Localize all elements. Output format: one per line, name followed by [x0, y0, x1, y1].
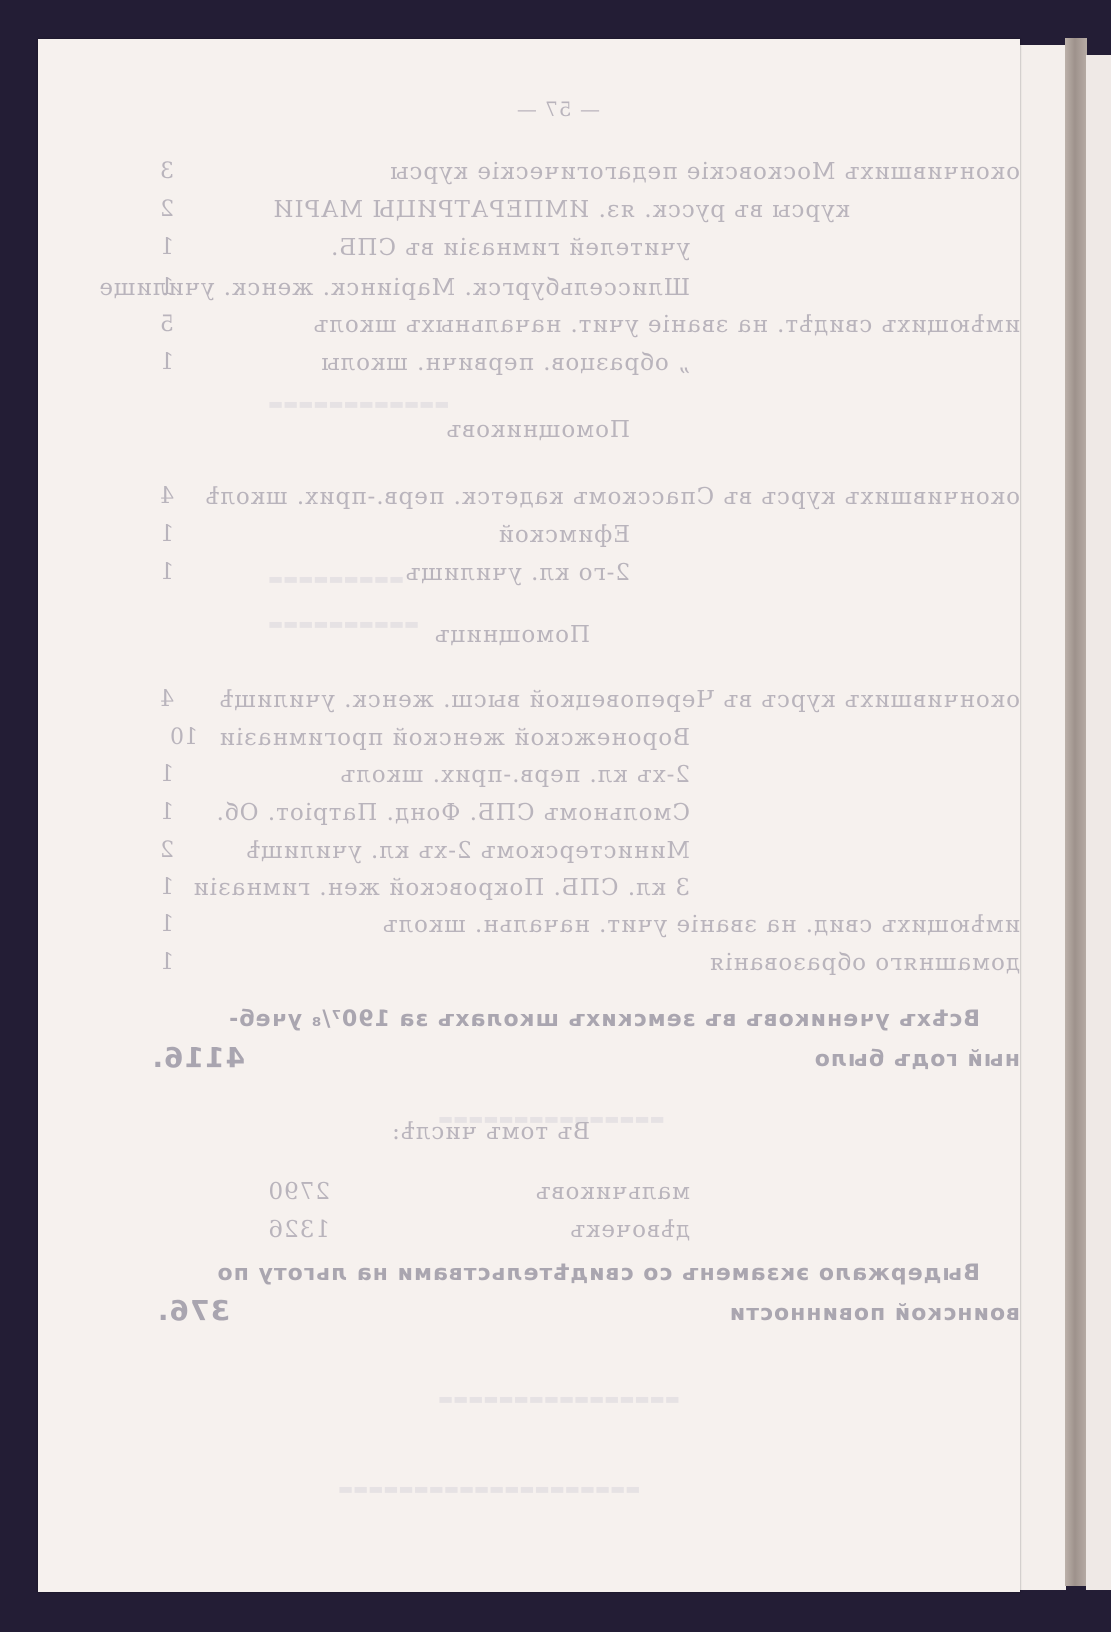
s2-line-1-count: 4 [160, 484, 220, 509]
scanned-page: ▬▬▬▬▬▬▬▬▬▬▬▬ ▬▬▬▬▬▬▬▬▬ ▬▬▬▬▬▬▬▬▬▬ ▬▬▬▬▬▬… [38, 39, 1020, 1592]
s2-line-1: окончившихъ курсъ въ Спасскомъ кадетск. … [204, 484, 1020, 510]
line-3-count: 1 [160, 235, 220, 260]
s3-line-1-count: 4 [160, 687, 220, 712]
line-6-count: 1 [160, 350, 220, 375]
page-number: — 57 — [516, 97, 600, 121]
s3-line-6-count: 1 [160, 875, 220, 900]
total-students-line-2: ный годъ было [814, 1047, 1020, 1072]
line-1-count: 3 [160, 159, 220, 184]
book-spine-shadow [1065, 38, 1087, 1586]
line-2: курсы въ русск. яз. ИМПЕРАТРИЦЫ МАРІИ [272, 197, 850, 223]
s3-line-1: окончившихъ курсъ въ Череповецкой высш. … [219, 687, 1020, 713]
s3-line-5: Министерскомъ 2-хъ кл. училищѣ [245, 838, 690, 864]
boys-label: мальчиковъ [535, 1179, 690, 1205]
breakdown-heading: Въ томъ числѣ: [391, 1119, 590, 1145]
s3-line-3: 2-хъ кл. перв.-прих. школъ [340, 762, 690, 788]
s3-line-2: Воронежской женской прогимназіи [219, 725, 690, 751]
adjacent-leaf-edge [1020, 45, 1066, 1590]
section-heading-assistants-m: Помощниковъ [446, 417, 631, 443]
line-4-count: 1 [160, 275, 220, 300]
line-5-count: 5 [160, 312, 220, 337]
s3-line-3-count: 1 [160, 762, 220, 787]
s3-line-2-count: 10 [170, 725, 230, 750]
exam-line-1: Выдержало экзаменъ со свидѣтельствами на… [217, 1261, 981, 1286]
exam-line-2: воинской повинности [729, 1301, 1020, 1326]
girls-label: дѣвочекъ [569, 1217, 690, 1243]
s3-line-6: 3 кл. СПБ. Покровской жен. гимназіи [192, 875, 690, 901]
mirrored-text-layer: — 57 — окончившихъ Московскіе педагогиче… [38, 39, 1020, 1592]
s3-line-8: домашняго образованія [709, 950, 1020, 976]
line-2-count: 2 [160, 197, 220, 222]
s3-line-7-count: 1 [160, 912, 220, 937]
line-3: учителей гимназіи въ СПБ. [330, 235, 690, 261]
s3-line-4-count: 1 [160, 800, 220, 825]
line-6: „ образцов. первичн. школы [320, 350, 690, 376]
total-students-line-1: Всѣхъ учениковъ въ земскихъ школахъ за 1… [228, 1007, 980, 1032]
next-page-strip [1086, 55, 1111, 1590]
girls-value: 1326 [267, 1217, 330, 1243]
s3-line-4: Смольномъ СПБ. Фонд. Патріот. Об. [216, 800, 691, 826]
exam-value: 376. [157, 1294, 230, 1327]
total-students-value: 4116. [151, 1041, 245, 1074]
s3-line-7: имѣющихъ свид. на званіе учит. начальн. … [382, 912, 1020, 938]
section-heading-assistants-f: Помощницъ [434, 622, 590, 648]
boys-value: 2790 [267, 1179, 330, 1205]
s2-line-3: 2-го кл. училищъ [405, 560, 630, 586]
s3-line-5-count: 2 [160, 838, 220, 863]
line-5: имѣющихъ свидѣт. на званіе учит. начальн… [313, 312, 1020, 338]
s2-line-2: Ефимской [498, 522, 630, 548]
s2-line-2-count: 1 [160, 522, 220, 547]
s2-line-3-count: 1 [160, 560, 220, 585]
line-1: окончившихъ Московскіе педагогическіе ку… [389, 159, 1020, 185]
s3-line-8-count: 1 [160, 950, 220, 975]
